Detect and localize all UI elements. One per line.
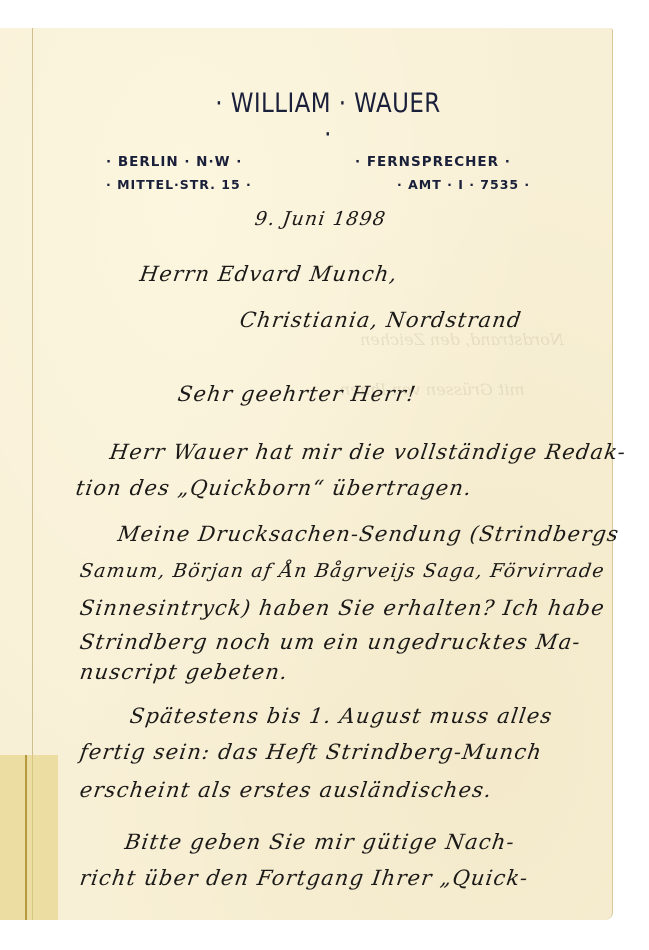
recipient-name: Herrn Edvard Munch,: [138, 262, 399, 286]
body-line: Herr Wauer hat mir die vollständige Reda…: [108, 440, 628, 464]
body-line: Bitte geben Sie mir gütige Nach-: [123, 830, 516, 854]
letterhead-phone-number: · AMT · I · 7535 ·: [397, 177, 530, 192]
body-line: erscheint als erstes ausländisches.: [78, 778, 494, 802]
adhesive-tape-strip: [0, 755, 58, 920]
letter-date: 9. Juni 1898: [253, 208, 387, 230]
tape-crease: [25, 755, 27, 920]
letterhead-phone-label: · FERNSPRECHER ·: [355, 154, 511, 170]
body-line: Strindberg noch um ein ungedrucktes Ma-: [78, 630, 582, 654]
body-line: Samum, Början af Ån Bågrveijs Saga, Förv…: [78, 560, 606, 582]
letterhead-address-street: · MITTEL·STR. 15 ·: [106, 177, 252, 192]
body-line: Spätestens bis 1. August muss alles: [128, 704, 554, 728]
salutation: Sehr geehrter Herr!: [176, 382, 418, 406]
letterhead-name: · WILLIAM · WAUER ·: [209, 88, 447, 150]
body-line: richt über den Fortgang Ihrer „Quick-: [78, 866, 530, 890]
body-line: Sinnesintryck) haben Sie erhalten? Ich h…: [78, 596, 606, 620]
letterhead-address-city: · BERLIN · N·W ·: [106, 154, 242, 170]
body-line: fertig sein: das Heft Strindberg-Munch: [78, 740, 544, 764]
body-line: tion des „Quickborn“ übertragen.: [74, 476, 473, 500]
body-line: nuscript gebeten.: [78, 660, 289, 684]
recipient-place: Christiania, Nordstrand: [238, 308, 523, 332]
show-through-text: Nordstrand, den Zeichen: [360, 330, 564, 349]
body-line: Meine Drucksachen-Sendung (Strindbergs: [116, 522, 621, 546]
